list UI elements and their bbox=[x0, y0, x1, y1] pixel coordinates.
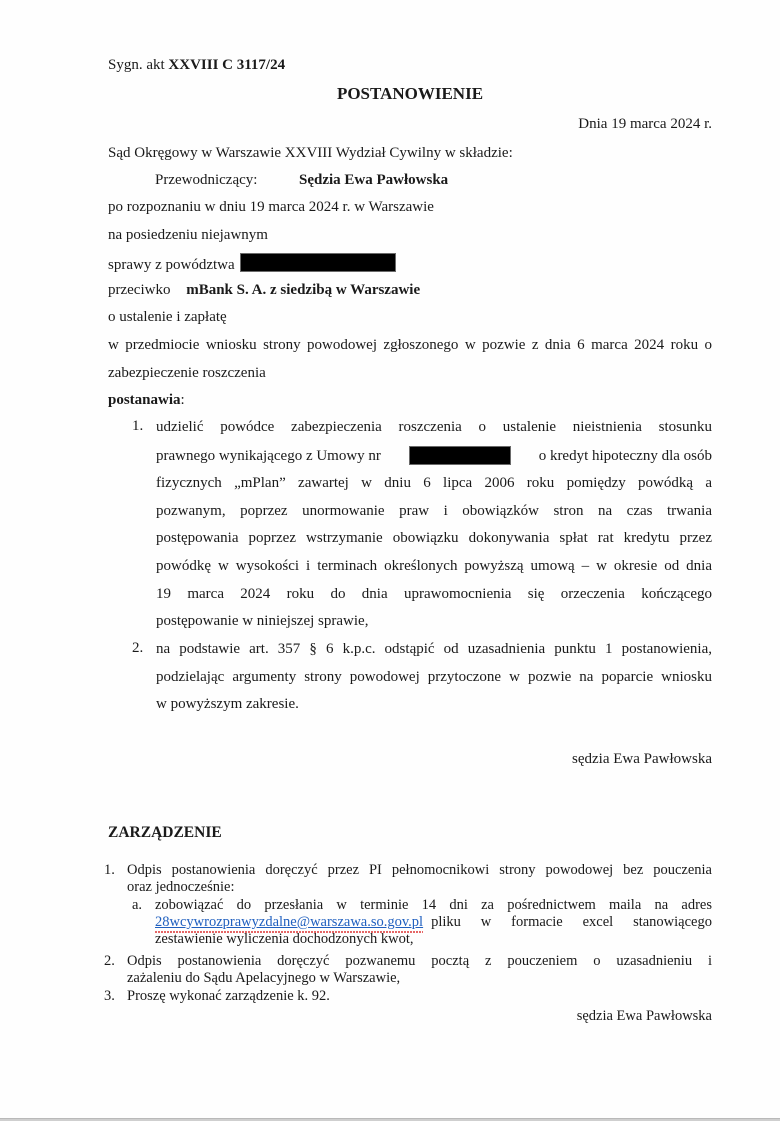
order-item-1-line-2: oraz jednocześnie: bbox=[127, 879, 234, 895]
decides-label: postanawia bbox=[108, 392, 181, 408]
judge-signature: sędzia Ewa Pawłowska bbox=[572, 750, 712, 768]
case-ref-number: XXVIII C 3117/24 bbox=[168, 57, 285, 73]
motion-line-1: w przedmiocie wniosku strony powodowej z… bbox=[108, 336, 712, 354]
decision-item-1-line: 19 marca 2024 roku do dnia uprawomocnien… bbox=[156, 585, 712, 603]
plaintiff-label: sprawy z powództwa bbox=[108, 257, 235, 273]
order-item-1-line-1: Odpis postanowienia doręczyć przez PI pe… bbox=[127, 862, 712, 878]
email-line-rest: pliku w formacie excel stanowiącego bbox=[431, 914, 712, 930]
order-subitem-a-line-3: zestawienie wyliczenia dochodzonych kwot… bbox=[155, 931, 414, 947]
contract-number-redaction bbox=[409, 446, 511, 465]
decision-item-1-line: pozwanym, poprzez unormowanie praw i obo… bbox=[156, 502, 712, 520]
case-ref-label: Sygn. akt bbox=[108, 57, 165, 73]
email-link[interactable]: 28wcywrozprawyzdalne@warszawa.so.gov.pl bbox=[155, 914, 423, 930]
case-reference: Sygn. akt XXVIII C 3117/24 bbox=[108, 56, 285, 74]
order-subitem-a-letter: a. bbox=[132, 897, 142, 913]
decision-item-2-line: w powyższym zakresie. bbox=[156, 695, 299, 713]
decision-item-1-line: postępowanie w niniejszej sprawie, bbox=[156, 612, 368, 630]
decision-item-1-line: udzielić powódce zabezpieczenia roszczen… bbox=[156, 418, 712, 436]
session-type: na posiedzeniu niejawnym bbox=[108, 226, 268, 244]
decision-item-1-line: fizycznych „mPlan” zawartej w dniu 6 lip… bbox=[156, 474, 712, 492]
order-item-1-number: 1. bbox=[104, 862, 115, 878]
decision-item-1-contract-line: prawnego wynikającego z Umowy nr o kredy… bbox=[156, 446, 712, 465]
plaintiff-redaction bbox=[240, 253, 396, 272]
decision-item-2-number: 2. bbox=[132, 640, 143, 657]
chair-name: Sędzia Ewa Pawłowska bbox=[299, 171, 448, 189]
contract-label: prawnego wynikającego z Umowy nr bbox=[156, 447, 381, 465]
decision-item-1-line: powódkę w wysokości i terminach określon… bbox=[156, 557, 712, 575]
order-title: ZARZĄDZENIE bbox=[108, 824, 222, 842]
order-item-3-line-1: Proszę wykonać zarządzenie k. 92. bbox=[127, 988, 330, 1004]
plaintiff-line: sprawy z powództwa bbox=[108, 253, 396, 274]
order-subitem-a-line-1: zobowiązać do przesłania w terminie 14 d… bbox=[155, 897, 712, 913]
defendant-name: mBank S. A. z siedzibą w Warszawie bbox=[186, 282, 420, 298]
order-item-2-number: 2. bbox=[104, 953, 115, 969]
order-signature: sędzia Ewa Pawłowska bbox=[577, 1007, 712, 1025]
order-item-2-line-1: Odpis postanowienia doręczyć pozwanemu p… bbox=[127, 953, 712, 969]
order-item-2-line-2: zażaleniu do Sądu Apelacyjnego w Warszaw… bbox=[127, 970, 400, 986]
against-label: przeciwko bbox=[108, 282, 170, 298]
order-item-3-number: 3. bbox=[104, 988, 115, 1004]
contract-type: o kredyt hipoteczny dla osób bbox=[539, 447, 712, 465]
document-page: Sygn. akt XXVIII C 3117/24 POSTANOWIENIE… bbox=[0, 0, 780, 1118]
document-date: Dnia 19 marca 2024 r. bbox=[578, 115, 712, 133]
hearing-info: po rozpoznaniu w dniu 19 marca 2024 r. w… bbox=[108, 198, 434, 216]
court-composition: Sąd Okręgowy w Warszawie XXVIII Wydział … bbox=[108, 144, 513, 162]
motion-line-2: zabezpieczenie roszczenia bbox=[108, 364, 266, 382]
chair-label: Przewodniczący: bbox=[155, 171, 257, 189]
decides-heading: postanawia: bbox=[108, 391, 185, 409]
decision-item-1-line: postępowania poprzez wstrzymanie obowiąz… bbox=[156, 529, 712, 547]
document-title: POSTANOWIENIE bbox=[0, 84, 780, 104]
defendant-line: przeciwko mBank S. A. z siedzibą w Warsz… bbox=[108, 281, 420, 299]
case-subject: o ustalenie i zapłatę bbox=[108, 308, 227, 326]
decision-item-2-line: na podstawie art. 357 § 6 k.p.c. odstąpi… bbox=[156, 640, 712, 658]
decision-item-1-number: 1. bbox=[132, 418, 143, 435]
order-subitem-a-line-2: 28wcywrozprawyzdalne@warszawa.so.gov.pl … bbox=[155, 914, 712, 930]
decision-item-2-line: podzielając argumenty strony powodowej p… bbox=[156, 668, 712, 686]
